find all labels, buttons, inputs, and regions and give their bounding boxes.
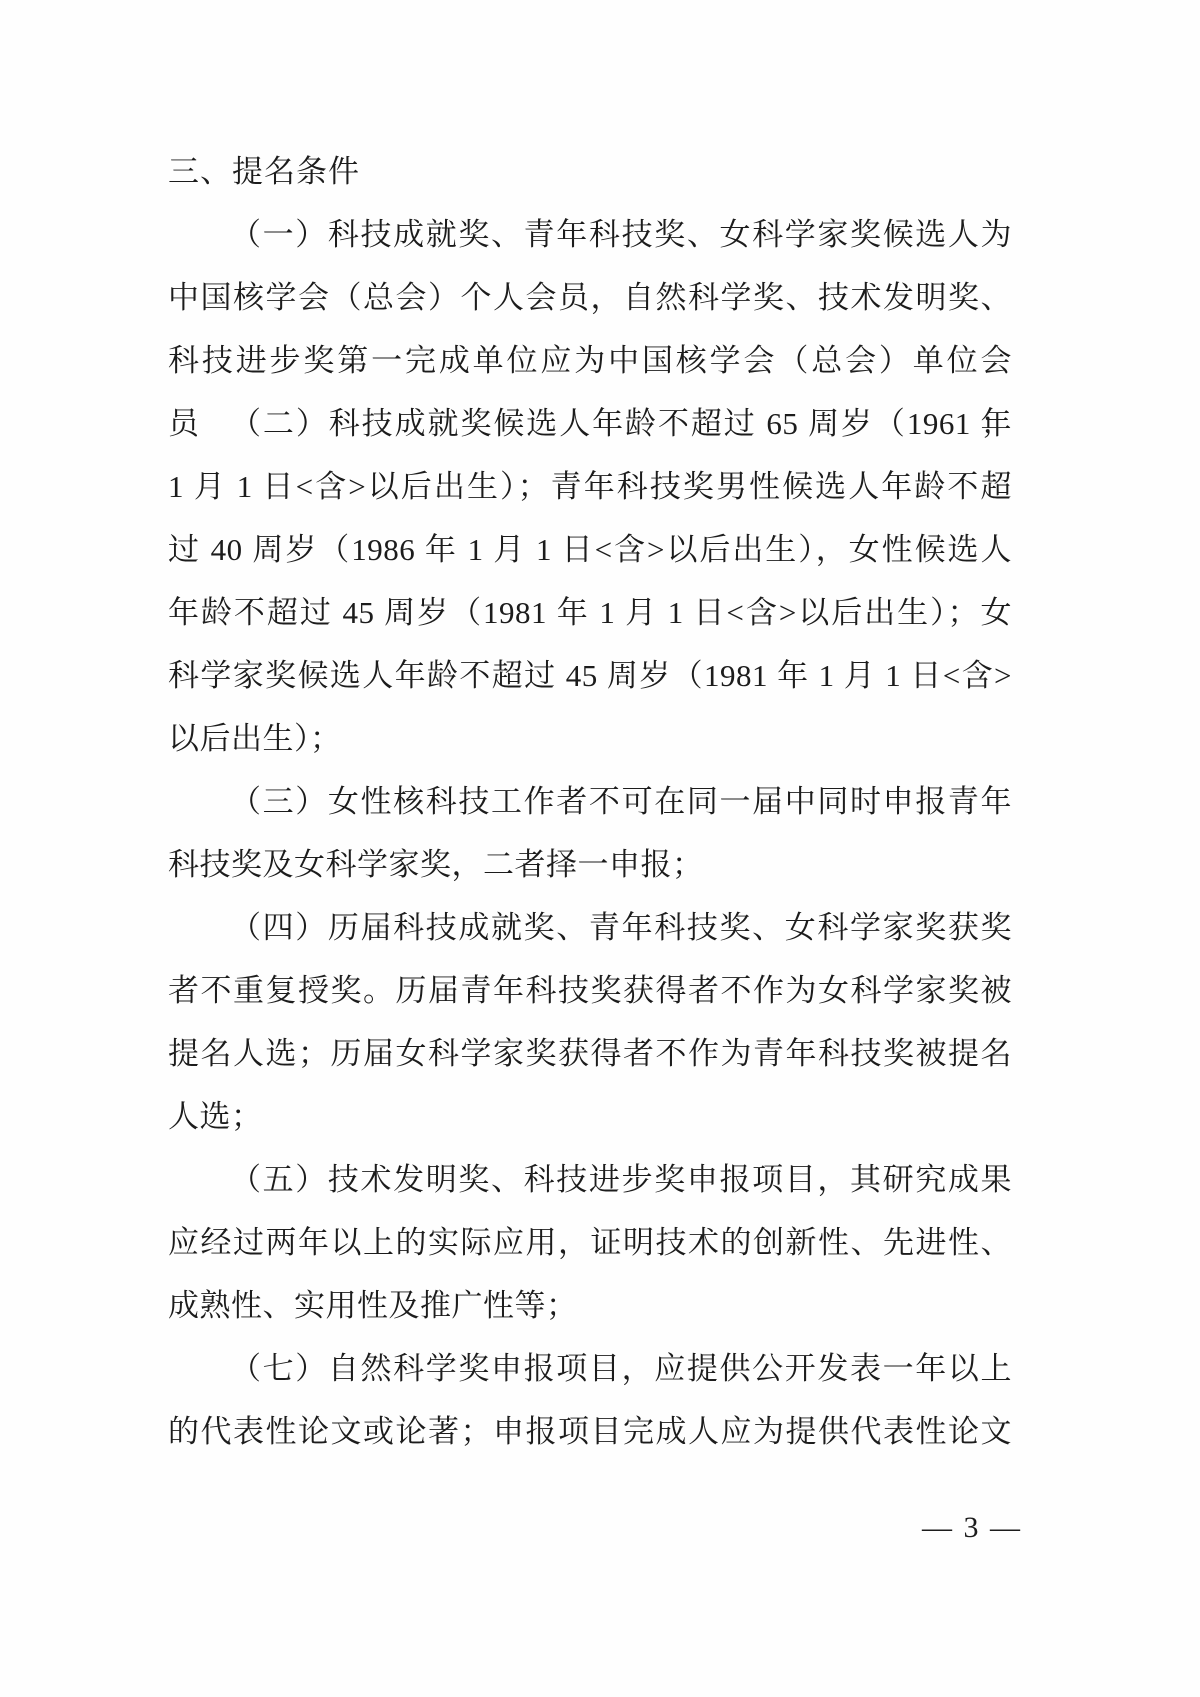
text-line: 者不重复授奖。历届青年科技奖获得者不作为女科学家奖被 xyxy=(168,959,1012,1022)
document-page: 三、提名条件 （一）科技成就奖、青年科技奖、女科学家奖候选人为中国核学会（总会）… xyxy=(0,0,1200,1697)
section-heading: 三、提名条件 xyxy=(168,140,1012,203)
text-line: 科技进步奖第一完成单位应为中国核学会（总会）单位会员； xyxy=(168,329,1012,392)
text-line: 的代表性论文或论著；申报项目完成人应为提供代表性论文 xyxy=(168,1400,1012,1463)
text-line: （四）历届科技成就奖、青年科技奖、女科学家奖获奖 xyxy=(168,896,1012,959)
text-line: 成熟性、实用性及推广性等； xyxy=(168,1274,1012,1337)
text-line: （三）女性核科技工作者不可在同一届中同时申报青年 xyxy=(168,770,1012,833)
text-line: 以后出生）； xyxy=(168,707,1012,770)
text-line: （五）技术发明奖、科技进步奖申报项目，其研究成果 xyxy=(168,1148,1012,1211)
paragraph-item-5: （五）技术发明奖、科技进步奖申报项目，其研究成果应经过两年以上的实际应用，证明技… xyxy=(168,1148,1012,1337)
document-paragraphs: （一）科技成就奖、青年科技奖、女科学家奖候选人为中国核学会（总会）个人会员，自然… xyxy=(168,203,1012,1463)
text-line: 中国核学会（总会）个人会员，自然科学奖、技术发明奖、 xyxy=(168,266,1012,329)
text-line: 提名人选；历届女科学家奖获得者不作为青年科技奖被提名 xyxy=(168,1022,1012,1085)
text-line: 人选； xyxy=(168,1085,1012,1148)
text-line: （二）科技成就奖候选人年龄不超过 65 周岁（1961 年 xyxy=(168,392,1012,455)
document-text-block: 三、提名条件 （一）科技成就奖、青年科技奖、女科学家奖候选人为中国核学会（总会）… xyxy=(168,140,1012,1463)
text-line: 科技奖及女科学家奖，二者择一申报； xyxy=(168,833,1012,896)
paragraph-item-1: （一）科技成就奖、青年科技奖、女科学家奖候选人为中国核学会（总会）个人会员，自然… xyxy=(168,203,1012,392)
text-line: 科学家奖候选人年龄不超过 45 周岁（1981 年 1 月 1 日<含> xyxy=(168,644,1012,707)
paragraph-item-4: （四）历届科技成就奖、青年科技奖、女科学家奖获奖者不重复授奖。历届青年科技奖获得… xyxy=(168,896,1012,1148)
text-line: 年龄不超过 45 周岁（1981 年 1 月 1 日<含>以后出生）；女 xyxy=(168,581,1012,644)
paragraph-item-3: （三）女性核科技工作者不可在同一届中同时申报青年科技奖及女科学家奖，二者择一申报… xyxy=(168,770,1012,896)
page-number: — 3 — xyxy=(922,1500,1022,1556)
text-line: 应经过两年以上的实际应用，证明技术的创新性、先进性、 xyxy=(168,1211,1012,1274)
text-line: 1 月 1 日<含>以后出生）；青年科技奖男性候选人年龄不超 xyxy=(168,455,1012,518)
paragraph-item-2: （二）科技成就奖候选人年龄不超过 65 周岁（1961 年1 月 1 日<含>以… xyxy=(168,392,1012,770)
text-line: （七）自然科学奖申报项目，应提供公开发表一年以上 xyxy=(168,1337,1012,1400)
paragraph-item-7: （七）自然科学奖申报项目，应提供公开发表一年以上的代表性论文或论著；申报项目完成… xyxy=(168,1337,1012,1463)
text-line: （一）科技成就奖、青年科技奖、女科学家奖候选人为 xyxy=(168,203,1012,266)
text-line: 过 40 周岁（1986 年 1 月 1 日<含>以后出生），女性候选人 xyxy=(168,518,1012,581)
